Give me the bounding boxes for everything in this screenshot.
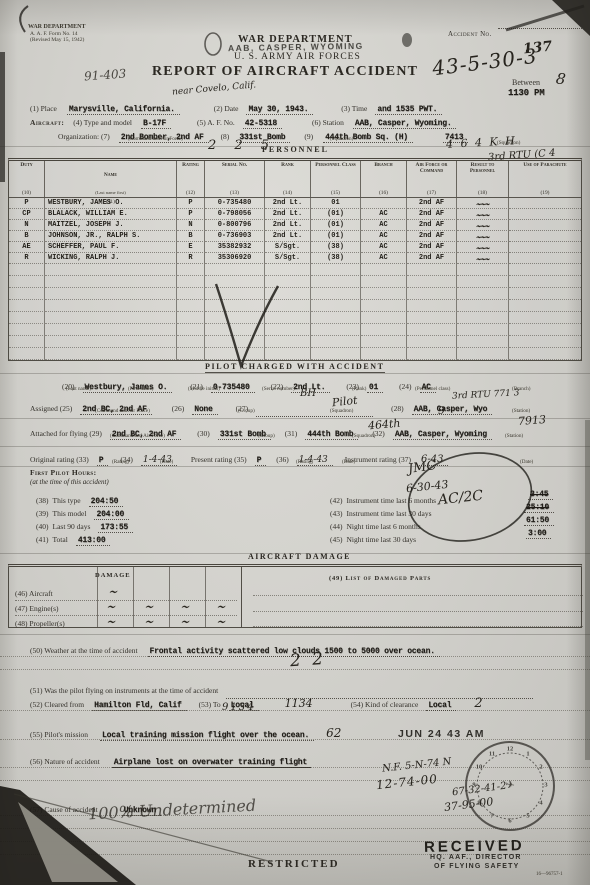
airplane-icon: ✈ bbox=[504, 778, 515, 792]
damage-rule bbox=[15, 615, 237, 616]
handwritten-scrawl: ~~~ bbox=[473, 220, 492, 231]
edge-smudge bbox=[0, 52, 5, 182]
h44-value: 61:50 bbox=[524, 516, 554, 526]
nature-value: Airplane lost on overwater training flig… bbox=[112, 758, 311, 768]
damage-table-title: DAMAGE bbox=[95, 572, 131, 579]
h45-num: (45) bbox=[330, 535, 343, 544]
handwritten-scrawl: ~~~ bbox=[473, 198, 492, 209]
group2-sublabel: (Group) bbox=[258, 433, 275, 439]
orig-rating-value: P bbox=[97, 456, 109, 466]
class-sublabel: (Personnel class) bbox=[415, 386, 450, 392]
cell-parachute bbox=[509, 209, 581, 220]
field-36-num: (36) bbox=[276, 455, 289, 464]
damage-col-line bbox=[133, 567, 134, 627]
table-row: BJOHNSON, JR., RALPH S.B0-7369032nd Lt.(… bbox=[9, 231, 581, 242]
rank-sublabel: (Rank) bbox=[352, 386, 366, 392]
handwritten-7913: 7913 bbox=[518, 413, 547, 428]
table-row: RWICKING, RALPH J.R35306920S/Sgt.(38)AC2… bbox=[9, 253, 581, 264]
col-airforce: Air Force or Command bbox=[408, 163, 455, 175]
present-rating-label: Present rating (35) bbox=[191, 455, 247, 464]
date-received-stamp: JUN 24 43 AM bbox=[398, 728, 485, 740]
dial-number: 11 bbox=[489, 751, 495, 758]
handwritten-464: 4 6 4 K H bbox=[446, 134, 517, 151]
usaaf-title: U. S. ARMY AIR FORCES bbox=[234, 52, 361, 62]
handwritten-62: 62 bbox=[326, 726, 341, 740]
handwritten-pilot: Pilot bbox=[331, 394, 358, 410]
field-28-num: (28) bbox=[391, 404, 404, 413]
date2-sublabel: (Date) bbox=[342, 459, 355, 465]
restricted-classification: RESTRICTED bbox=[248, 858, 340, 870]
handwritten-ac2c: AC/2C bbox=[437, 488, 484, 509]
dial-number: 4 bbox=[539, 800, 542, 807]
corner-streak bbox=[506, 6, 584, 30]
ruled-line bbox=[0, 828, 590, 829]
cell-parachute bbox=[509, 231, 581, 242]
dial-number: 9 bbox=[472, 782, 475, 789]
squadron2-sublabel: (Squadron) bbox=[352, 433, 375, 439]
table-row: CPBLALACK, WILLIAM E.P0-7980562nd Lt.(01… bbox=[9, 209, 581, 220]
h45-value: 3:00 bbox=[526, 529, 551, 539]
handwritten-scrawl: ~~~ bbox=[473, 253, 492, 264]
date-sublabel: (Date) bbox=[160, 459, 173, 465]
handwritten-unknown-mark: 2 2 bbox=[289, 649, 326, 671]
handwritten-accident-code: 43-5-30-3 bbox=[431, 44, 539, 81]
mission-label: (55) Pilot's mission bbox=[30, 730, 88, 739]
col-duty: Duty bbox=[20, 163, 32, 169]
table-row: NMAITZEL, JOSEPH J.N0-8007962nd Lt.(01)A… bbox=[9, 220, 581, 231]
h43-value: 25:10 bbox=[524, 503, 554, 513]
parts-rule bbox=[253, 595, 583, 596]
personnel-header-row: Duty(10) Name(Last name first)(11) Ratin… bbox=[9, 161, 581, 198]
hours-title: First Pilot Hours: bbox=[30, 468, 97, 477]
clearance-label: (54) Kind of clearance bbox=[351, 700, 419, 709]
edge-shade bbox=[585, 420, 590, 760]
field-30-num: (30) bbox=[197, 429, 210, 438]
clearance-value: Local bbox=[426, 701, 456, 711]
cleared-from-value: Hamilton Fld, Calif bbox=[92, 701, 186, 711]
handwritten-rtu2: 3rd RTU 771 3 bbox=[452, 388, 520, 402]
form-id-line1: WAR DEPARTMENT bbox=[28, 24, 86, 30]
cell-parachute bbox=[509, 242, 581, 253]
station2-sublabel: (Station) bbox=[505, 433, 523, 439]
between-time-value: 1130 PM bbox=[508, 88, 544, 98]
empty-table-row bbox=[9, 288, 581, 300]
sq-label: (9) bbox=[304, 132, 313, 141]
col-parachute: Use of Parachute bbox=[523, 163, 566, 169]
damage-rule bbox=[15, 600, 237, 601]
to-label: (53) To bbox=[199, 700, 221, 709]
cell-parachute bbox=[509, 198, 581, 209]
field-24-num: (24) bbox=[399, 382, 412, 391]
org-sublabel: (Command and Air Force) bbox=[128, 136, 183, 142]
personnel-section-title: PERSONNEL bbox=[262, 145, 329, 154]
handwritten-1134: 1134 bbox=[285, 697, 313, 710]
between-label: Between bbox=[512, 78, 540, 87]
empty-table-row bbox=[9, 264, 581, 276]
station-sublabel: (Station) bbox=[512, 408, 530, 414]
cell-parachute bbox=[509, 253, 581, 264]
handwritten-379500: 37-95-00 bbox=[443, 795, 494, 814]
col-rating: Rating bbox=[182, 163, 199, 169]
handwritten-scrawl: ~~~ bbox=[473, 209, 492, 220]
col-branch: Branch bbox=[374, 163, 392, 169]
last-name-sublabel: (Last name) bbox=[66, 386, 91, 392]
pilot-class-value: 01 bbox=[367, 383, 383, 393]
assigned-sublabel: (Command and Air Force) bbox=[95, 408, 150, 414]
damage-col-line bbox=[169, 567, 170, 627]
dial-number: 6 bbox=[508, 818, 511, 825]
mission-value: Local training mission flight over the o… bbox=[100, 731, 314, 741]
empty-table-row bbox=[9, 300, 581, 312]
first-name-sublabel: (First name) bbox=[128, 386, 154, 392]
assigned-station-value: AAB, Casper, Wyo bbox=[412, 405, 493, 415]
ruled-line bbox=[0, 373, 590, 374]
received-stamp-line2: HQ. AAF., DIRECTOR bbox=[430, 854, 522, 861]
attached-label: Attached for flying (29) bbox=[30, 429, 102, 438]
damage-divider bbox=[241, 567, 242, 627]
date3-sublabel: (Date) bbox=[520, 459, 533, 465]
org-label: Organization: (7) bbox=[58, 132, 110, 141]
corner-mark bbox=[20, 6, 28, 32]
nature-label: (56) Nature of accident bbox=[30, 757, 100, 766]
empty-table-row bbox=[9, 324, 581, 336]
serial-sublabel: (Serial number) bbox=[262, 386, 295, 392]
handwritten-127400: 12-74-00 bbox=[375, 772, 438, 792]
col-class: Personnel Class bbox=[315, 163, 356, 169]
col-rank: Rank bbox=[281, 163, 294, 169]
empty-table-row bbox=[9, 312, 581, 324]
damage-col-line bbox=[205, 567, 206, 627]
ruled-line bbox=[0, 418, 590, 419]
field-26-num: (26) bbox=[172, 404, 185, 413]
damage-row-aircraft: (46) Aircraft bbox=[15, 589, 53, 598]
assigned-group-value: None bbox=[192, 405, 217, 415]
handwritten-scrawl: ~~~ bbox=[473, 231, 492, 242]
dial-number: 7 bbox=[490, 813, 493, 820]
h42-value: 3:45 bbox=[528, 490, 553, 500]
empty-table-row bbox=[9, 348, 581, 360]
col-serial: Serial No. bbox=[222, 163, 247, 169]
ruled-line bbox=[0, 634, 590, 635]
report-title: REPORT OF AIRCRAFT ACCIDENT bbox=[152, 64, 418, 80]
table-row: PWESTBURY, JAMES O.P0-7354802nd Lt.012nd… bbox=[9, 198, 581, 209]
h45-label: Night time last 30 days bbox=[347, 535, 417, 544]
handwritten-eight: 8 bbox=[555, 69, 567, 88]
col-result: Result to Personnel bbox=[458, 163, 507, 175]
table-row: AESCHEFFER, PAUL F.E35382932S/Sgt.(38)AC… bbox=[9, 242, 581, 253]
damage-section-title: AIRCRAFT DAMAGE bbox=[248, 552, 351, 561]
pilot-section-title: PILOT CHARGED WITH ACCIDENT bbox=[205, 362, 385, 373]
rating-sublabel: (Rating) bbox=[112, 459, 129, 465]
damage-row-engine: (47) Engine(s) bbox=[15, 604, 59, 613]
handwritten-jmc: JMC bbox=[407, 458, 437, 477]
accident-no-label: Accident No. bbox=[448, 30, 492, 38]
handwritten-location-note: near Covelo, Calif. bbox=[172, 80, 257, 97]
middle-initial-sublabel: (Middle initial) bbox=[188, 386, 220, 392]
dial-number: 12 bbox=[507, 746, 514, 753]
corner-shadow bbox=[552, 0, 590, 36]
handwritten-scrawl: ~~~ bbox=[473, 242, 492, 253]
accident-no-line bbox=[498, 28, 582, 29]
field-31-num: (31) bbox=[285, 429, 298, 438]
dial-number: 2 bbox=[539, 764, 542, 771]
handwritten-2: 2 bbox=[474, 696, 482, 711]
dial-number: 5 bbox=[526, 813, 529, 820]
empty-table-row bbox=[9, 276, 581, 288]
scanned-form-page: WAR DEPARTMENT A. A. F. Form No. 14 (Rev… bbox=[0, 0, 590, 885]
damaged-parts-title: (49) List of Damaged Parts bbox=[329, 575, 431, 582]
form-id-line3: (Revised May 15, 1942) bbox=[30, 37, 84, 43]
personnel-table: Duty(10) Name(Last name first)(11) Ratin… bbox=[8, 158, 582, 361]
ruled-line bbox=[0, 446, 590, 447]
handwritten-9134: 9134 bbox=[222, 702, 255, 713]
group-sublabel: (Squadron) bbox=[330, 136, 353, 142]
present-rating-value: P bbox=[255, 456, 267, 466]
orig-rating-label: Original rating (33) bbox=[30, 455, 89, 464]
col-name: Name bbox=[104, 172, 117, 178]
group-sublabel: (Group) bbox=[238, 408, 255, 414]
dial-number: 10 bbox=[476, 764, 483, 771]
weather-label: (50) Weather at the time of accident bbox=[30, 646, 138, 655]
cleared-from-label: (52) Cleared from bbox=[30, 700, 84, 709]
handwritten-file-no: 91-403 bbox=[84, 67, 127, 84]
ink-ring bbox=[205, 33, 221, 55]
rating2-sublabel: (Rating) bbox=[296, 459, 313, 465]
cell-parachute bbox=[509, 220, 581, 231]
attached-station-value: AAB, Casper, Wyoming bbox=[393, 430, 492, 440]
dial-number: 1 bbox=[526, 751, 529, 758]
hours-subtitle: (at the time of this accident) bbox=[30, 478, 109, 486]
attached-sublabel: (Command and Air Force) bbox=[110, 433, 165, 439]
dial-number: 8 bbox=[477, 800, 480, 807]
empty-table-row bbox=[9, 336, 581, 348]
assigned-label: Assigned (25) bbox=[30, 404, 72, 413]
h41-label: Total bbox=[53, 535, 68, 544]
h41-num: (41) bbox=[36, 535, 49, 544]
damage-table: DAMAGE (49) List of Damaged Parts (46) A… bbox=[8, 564, 582, 628]
form-print-number: 16—96757-1 bbox=[536, 872, 563, 877]
ink-blob bbox=[402, 33, 412, 47]
parts-rule bbox=[253, 626, 583, 627]
dial-number: 3 bbox=[544, 782, 547, 789]
attached-squadron-value: 444th Bomb bbox=[305, 430, 358, 440]
parts-rule bbox=[253, 611, 583, 612]
h41-value: 413:00 bbox=[76, 536, 111, 546]
handwritten-bh: BH bbox=[300, 388, 316, 399]
received-stamp-line3: OF FLYING SAFETY bbox=[434, 863, 519, 870]
damage-row-propeller: (48) Propeller(s) bbox=[15, 619, 65, 628]
handwritten-nf: N.F. 5-N-74 N bbox=[382, 756, 452, 774]
handwritten-nine: 9 bbox=[438, 404, 445, 417]
